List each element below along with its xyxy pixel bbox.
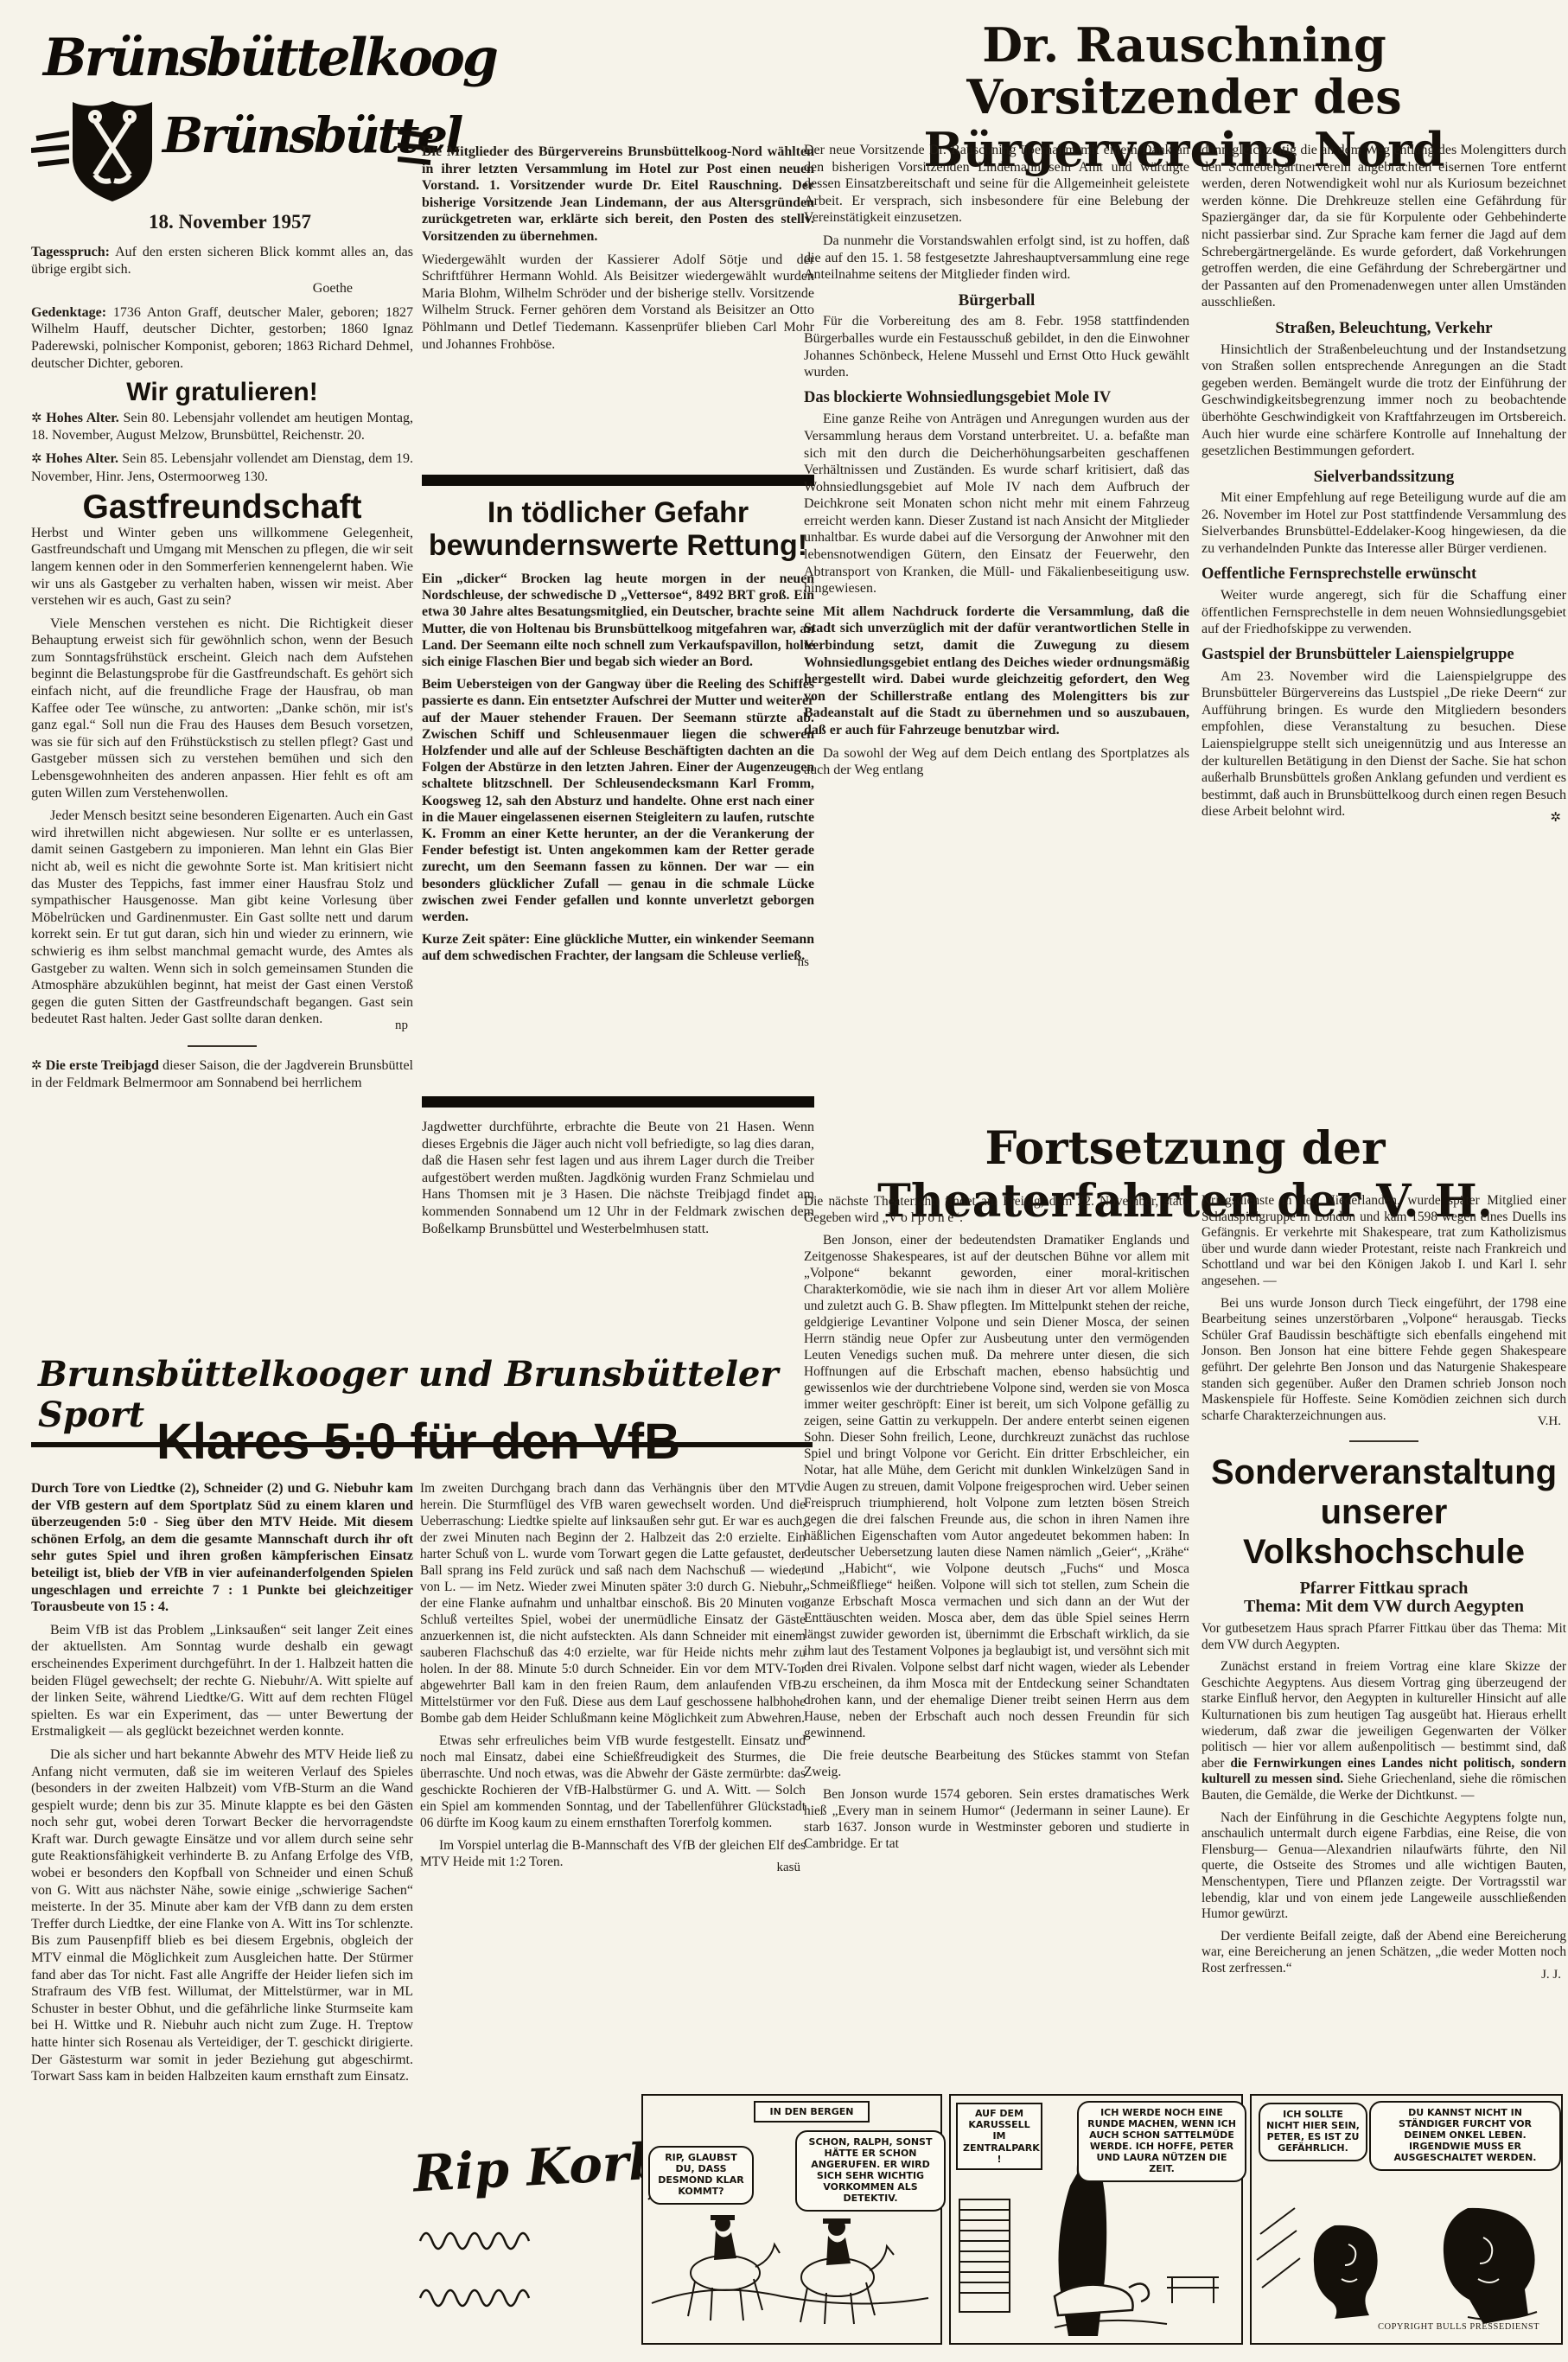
main-headline-line1: Dr. Rauschning — [804, 19, 1565, 71]
sport-column-2: Im zweiten Durchgang brach dann das Verh… — [420, 1480, 806, 2070]
gratulieren-item-label: Hohes Alter. — [46, 411, 119, 425]
sport-column-1: Durch Tore von Liedtke (2), Schneider (2… — [31, 1480, 413, 2352]
left-column: Tagesspruch: Auf den ersten sicheren Bli… — [31, 244, 413, 1349]
gedenktage-label: Gedenktage: — [31, 305, 106, 320]
crossed-anchors-shield-icon — [69, 99, 156, 204]
article-paragraph: Herbst und Winter geben uns willkommene … — [31, 525, 413, 610]
article-paragraph: Etwas sehr erfreuliches beim VfB wurde f… — [420, 1733, 806, 1831]
article-paragraph-bold: Mit allem Nachdruck forderte die Versamm… — [804, 603, 1189, 739]
article-paragraph: Kurze Zeit später: Eine glückliche Mutte… — [422, 931, 814, 964]
masthead-title-line1: Brünsbüttelkoog — [43, 28, 496, 88]
star-marker-icon: ✲ — [31, 452, 42, 466]
subhead-laienspielgruppe: Gastspiel der Brunsbütteler Laienspielgr… — [1201, 647, 1566, 664]
article-paragraph: Da nunmehr die Vorstandswahlen erfolgt s… — [804, 233, 1189, 284]
article-paragraph: Ein „dicker“ Brocken lag heute morgen in… — [422, 571, 814, 670]
article-paragraph: Die freie deutsche Bearbeitung des Stück… — [804, 1747, 1189, 1780]
gratulieren-headline: Wir gratulieren! — [31, 384, 413, 401]
newspaper-page: { "theme": {"paper":"#f6f3ea","ink":"#1c… — [0, 0, 1568, 2362]
subhead-buergerball: Bürgerball — [804, 292, 1189, 310]
issue-date: 18. November 1957 — [31, 211, 429, 233]
vhs-headline-line2: unserer Volkshochschule — [1201, 1492, 1566, 1572]
comic-caption: AUF DEM KARUSSELL IM ZENTRALPARK ! — [956, 2103, 1042, 2170]
speech-bubble: ICH SOLLTE NICHT HIER SEIN, PETER, ES IS… — [1259, 2103, 1367, 2161]
separator-bar — [422, 475, 814, 486]
article-paragraph: Jagdwetter durchführte, erbrachte die Be… — [422, 1119, 814, 1237]
comic-panel-3: ICH SOLLTE NICHT HIER SEIN, PETER, ES IS… — [1250, 2094, 1563, 2345]
buergerverein-column-b: dann gleichzeitig die an dem Weg entlang… — [1201, 142, 1566, 1205]
speech-bubble: RIP, GLAUBST DU, DASS DESMOND KLAR KOMMT… — [648, 2146, 754, 2205]
article-paragraph: Die nächste Theaterfahrt findet am Freit… — [804, 1193, 1189, 1226]
article-paragraph: Die als sicher und hart bekannte Abwehr … — [31, 1746, 413, 2085]
article-paragraph: Jeder Mensch besitzt seine besonderen Ei… — [31, 808, 413, 1028]
article-paragraph: Kriegsdienste in den Niederlanden, wurde… — [1201, 1193, 1566, 1290]
subhead-strassen: Straßen, Beleuchtung, Verkehr — [1201, 320, 1566, 337]
rettung-headline: In tödlicher Gefahr bewundernswerte Rett… — [422, 496, 814, 562]
article-paragraph: dann gleichzeitig die an dem Weg entlang… — [1201, 142, 1566, 311]
separator-bar — [422, 1096, 814, 1108]
gratulieren-item: ✲ Hohes Alter. Sein 80. Lebensjahr volle… — [31, 410, 413, 444]
speech-bubble: SCHON, RALPH, SONST HÄTTE ER SCHON ANGER… — [795, 2130, 946, 2212]
speech-bubble: DU KANNST NICHT IN STÄNDIGER FURCHT VOR … — [1369, 2101, 1561, 2171]
sport-headline: Klares 5:0 für den VfB — [31, 1413, 806, 1471]
article-paragraph: Weiter wurde angeregt, sich für die Scha… — [1201, 587, 1566, 638]
comic-caption: IN DEN BERGEN — [754, 2101, 870, 2123]
gedenktage: Gedenktage: 1736 Anton Graff, deutscher … — [31, 304, 413, 372]
article-paragraph: Beim VfB ist das Problem „Linksaußen“ se… — [31, 1622, 413, 1740]
article-paragraph: Beim Uebersteigen von der Gangway über d… — [422, 676, 814, 925]
signature-flourish-icon — [417, 2222, 624, 2317]
buergerverein-column-a: Der neue Vorsitzende Dr. Rauschning über… — [804, 142, 1189, 1110]
subhead-mole-iv: Das blockierte Wohnsiedlungsgebiet Mole … — [804, 390, 1189, 407]
gratulieren-item-label: Hohes Alter. — [46, 451, 118, 466]
subhead-fernsprechstelle: Oeffentliche Fernsprechstelle erwünscht — [1201, 566, 1566, 584]
article-paragraph: Mit einer Empfehlung auf rege Beteiligun… — [1201, 489, 1566, 557]
buergerverein-lead-column: Die Mitglieder des Bürgervereins Brunsbü… — [422, 144, 814, 470]
theater-column-b-and-vhs: Kriegsdienste in den Niederlanden, wurde… — [1201, 1193, 1566, 2077]
tagesspruch-attribution: Goethe — [31, 280, 413, 297]
ribbon-flourish-left-icon — [31, 126, 69, 171]
rettung-headline-line2: bewundernswerte Rettung! — [422, 529, 814, 562]
vhs-subhead-thema: Thema: Mit dem VW durch Aegypten — [1201, 1599, 1566, 1615]
rettung-headline-line1: In tödlicher Gefahr — [422, 496, 814, 529]
star-marker-icon: ✲ — [31, 412, 42, 425]
vhs-subhead-speaker: Pfarrer Fittkau sprach — [1201, 1580, 1566, 1597]
star-marker-icon: ✲ — [31, 1059, 42, 1073]
article-paragraph: Am 23. November wird die Laienspielgrupp… — [1201, 668, 1566, 820]
tagesspruch: Tagesspruch: Auf den ersten sicheren Bli… — [31, 244, 413, 278]
article-paragraph: Ben Jonson, einer der bedeutendsten Dram… — [804, 1232, 1189, 1741]
article-paragraph: Der neue Vorsitzende Dr. Rauschning über… — [804, 142, 1189, 227]
article-paragraph: Viele Menschen verstehen es nicht. Die R… — [31, 616, 413, 802]
treibjagd-label: Die erste Treibjagd — [46, 1058, 159, 1073]
subhead-sielverband: Sielverbandssitzung — [1201, 469, 1566, 486]
article-paragraph: Wiedergewählt wurden der Kassierer Adolf… — [422, 252, 814, 354]
article-paragraph: Vor gutbesetzem Haus sprach Pfarrer Fitt… — [1201, 1621, 1566, 1653]
tagesspruch-label: Tagesspruch: — [31, 245, 110, 259]
speech-bubble: ICH WERDE NOCH EINE RUNDE MACHEN, WENN I… — [1077, 2101, 1246, 2182]
rettung-article: Ein „dicker“ Brocken lag heute morgen in… — [422, 571, 814, 1089]
article-paragraph: Hinsichtlich der Straßenbeleuchtung und … — [1201, 342, 1566, 460]
article-paragraph: Eine ganze Reihe von Anträgen und Anregu… — [804, 411, 1189, 597]
section-divider — [188, 1045, 257, 1047]
section-divider — [1349, 1440, 1418, 1442]
vhs-headline-line1: Sonderveranstaltung — [1201, 1452, 1566, 1492]
article-paragraph: Bei uns wurde Jonson durch Tieck eingefü… — [1201, 1296, 1566, 1425]
article-paragraph: Für die Vorbereitung des am 8. Febr. 195… — [804, 313, 1189, 380]
sport-lead-paragraph: Durch Tore von Liedtke (2), Schneider (2… — [31, 1480, 413, 1616]
article-paragraph: Nach der Einführung in die Geschichte Ae… — [1201, 1810, 1566, 1923]
comic-copyright: COPYRIGHT BULLS PRESSEDIENST — [1378, 2322, 1539, 2332]
theater-column-a: Die nächste Theaterfahrt findet am Freit… — [804, 1193, 1189, 2066]
article-paragraph: Ben Jonson wurde 1574 geboren. Sein erst… — [804, 1786, 1189, 1852]
gastfreundschaft-headline: Gastfreundschaft — [31, 499, 413, 516]
comic-panel-1: IN DEN BERGEN RIP, GLAUBST DU, DASS DESM… — [641, 2094, 942, 2345]
comic-panel-2: AUF DEM KARUSSELL IM ZENTRALPARK ! ICH W… — [949, 2094, 1243, 2345]
lead-paragraph: Die Mitglieder des Bürgervereins Brunsbü… — [422, 144, 814, 246]
article-paragraph: Zunächst erstand in freiem Vortrag eine … — [1201, 1659, 1566, 1803]
gratulieren-item: ✲ Hohes Alter. Sein 85. Lebensjahr volle… — [31, 450, 413, 485]
treibjagd-note: ✲ Die erste Treibjagd dieser Saison, die… — [31, 1057, 413, 1092]
masthead: Brünsbüttelkoog Brünsbüttel — [31, 24, 437, 207]
vhs-p2-pre: Zunächst erstand in freiem Vortrag eine … — [1201, 1659, 1566, 1771]
treibjagd-continuation: Jagdwetter durchführte, erbrachte die Be… — [422, 1119, 814, 1345]
article-paragraph: Da sowohl der Weg auf dem Deich entlang … — [804, 745, 1189, 779]
article-paragraph: Im zweiten Durchgang brach dann das Verh… — [420, 1480, 806, 1727]
